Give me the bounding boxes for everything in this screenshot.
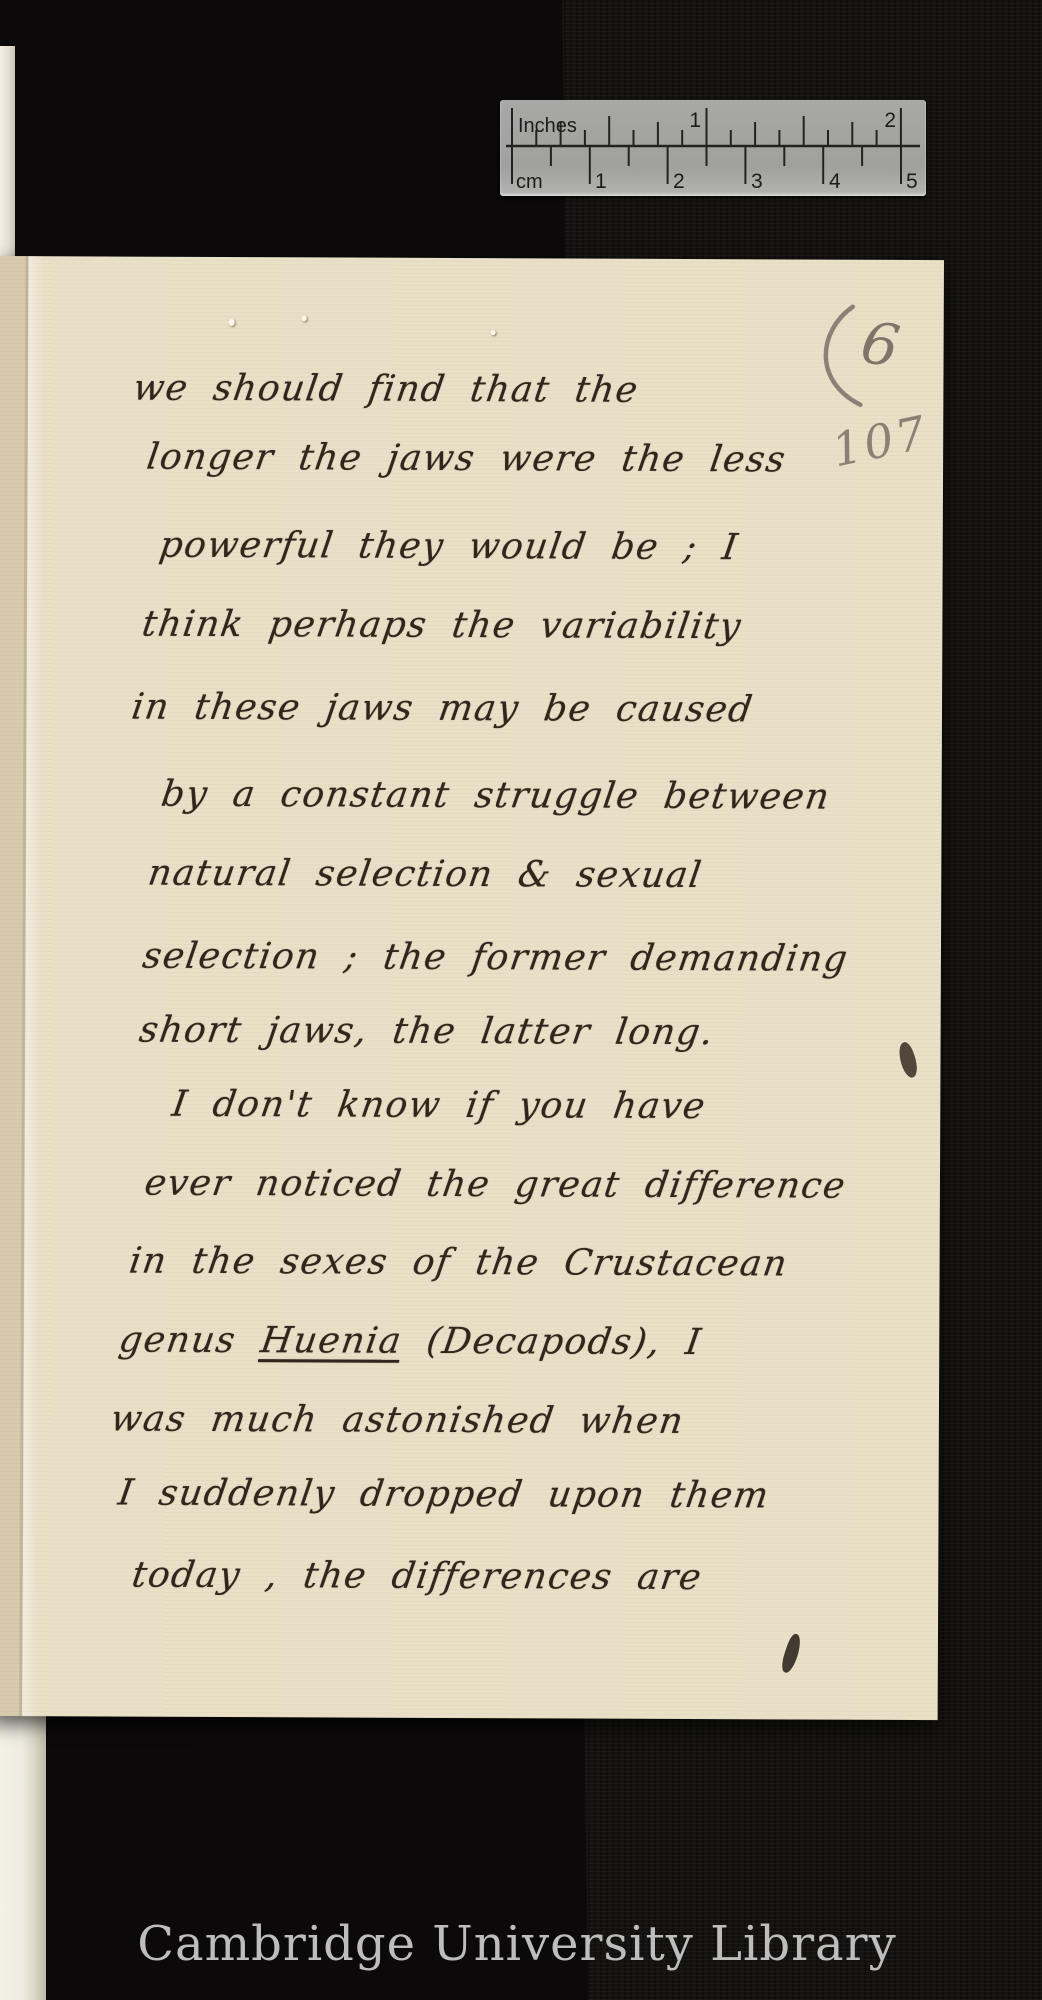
- pencil-page-number: 6: [856, 308, 904, 381]
- manuscript-word: (Decapods), I: [399, 1321, 705, 1363]
- paper-pinhole: [302, 315, 307, 321]
- manuscript-word: genus: [116, 1320, 264, 1362]
- scale-ruler: Inches 1 2 cm 1 2 3 4 5: [500, 100, 926, 196]
- manuscript-line: longer the jaws were the less: [147, 414, 786, 505]
- library-watermark: Cambridge University Library: [137, 1916, 896, 1972]
- ruler-cm-3: 3: [751, 170, 763, 193]
- ruler-cm-4: 4: [829, 170, 841, 193]
- manuscript-line: genus Huenia (Decapods), I: [119, 1297, 702, 1388]
- ruler-cm-5: 5: [906, 170, 918, 193]
- ink-blot: [895, 1041, 920, 1080]
- pencil-folio-number: 107: [827, 405, 933, 478]
- ruler-cm-1: 1: [595, 170, 607, 193]
- manuscript-line: by a constant struggle between: [161, 751, 830, 842]
- ruler-inch-1: 1: [689, 109, 701, 132]
- manuscript-page: 6 107 we should find that the longer the…: [0, 256, 944, 1720]
- manuscript-line: in these jaws may be caused: [132, 664, 753, 755]
- ink-blot: [779, 1632, 804, 1674]
- ruler-graphic: Inches 1 2 cm 1 2 3 4 5: [500, 100, 926, 196]
- paper-pinhole: [229, 319, 235, 326]
- underlying-page-edge-bottom: [0, 1712, 46, 2000]
- ruler-cm-label: cm: [516, 171, 543, 193]
- manuscript-line: today , the differences are: [132, 1532, 702, 1622]
- photographed-manuscript: Inches 1 2 cm 1 2 3 4 5 6 107 we should …: [0, 0, 1042, 2000]
- underlined-genus-name: Huenia: [258, 1320, 405, 1362]
- manuscript-line: natural selection & sexual: [148, 830, 702, 920]
- manuscript-line: I suddenly dropped upon them: [118, 1450, 769, 1541]
- underlying-page-edge-top: [0, 46, 15, 258]
- paper-pinhole: [491, 330, 496, 335]
- manuscript-line: in the sexes of the Crustacean: [129, 1218, 788, 1309]
- pencil-foliation: 6 107: [790, 288, 941, 499]
- manuscript-line: powerful they would be ; I: [160, 502, 739, 593]
- manuscript-line: I don't know if you have: [172, 1061, 706, 1151]
- ruler-inch-2: 2: [884, 109, 896, 132]
- manuscript-line: think perhaps the variability: [142, 581, 741, 672]
- pencil-bracket-mark: [826, 307, 861, 405]
- ruler-inches-label: Inches: [518, 115, 577, 137]
- manuscript-line: ever noticed the great difference: [145, 1140, 846, 1231]
- ruler-cm-2: 2: [673, 170, 685, 193]
